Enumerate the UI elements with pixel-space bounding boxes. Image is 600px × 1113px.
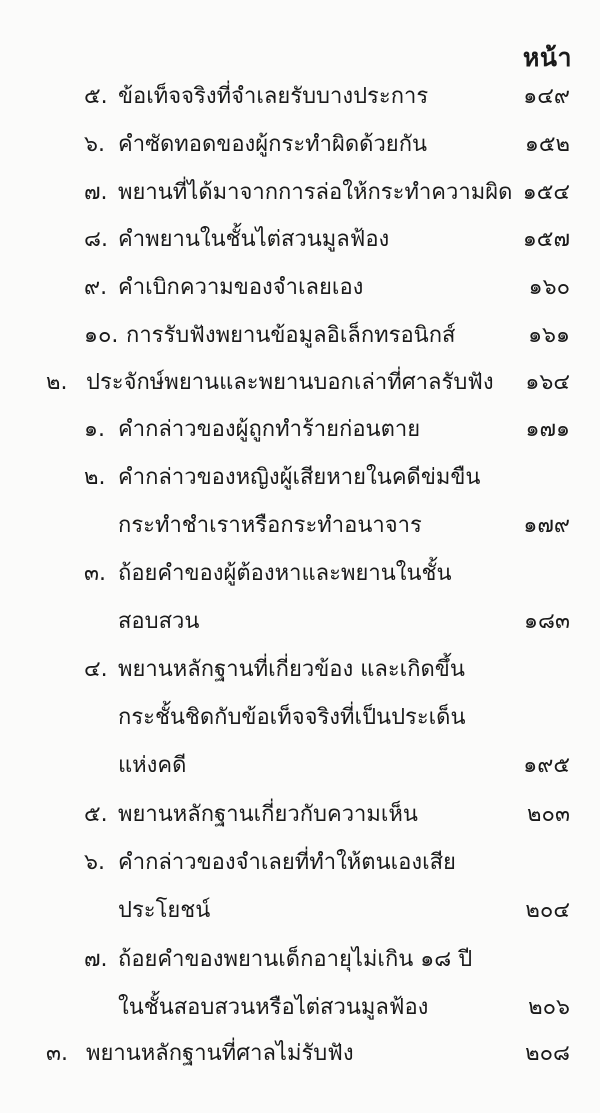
entry-page-number: ๒๐๓ xyxy=(527,795,570,835)
entry-number: ๘. xyxy=(84,220,108,260)
toc-entry[interactable]: ๑. คำกล่าวของผู้ถูกทำร้ายก่อนตาย ๑๗๑ xyxy=(0,410,600,450)
entry-page-number: ๑๖๔ xyxy=(525,363,570,403)
entry-number: ๒. xyxy=(46,363,68,403)
entry-page-number: ๑๖๑ xyxy=(528,316,570,356)
toc-entry[interactable]: ๕. ข้อเท็จจริงที่จำเลยรับบางประการ ๑๔๙ xyxy=(0,77,600,117)
entry-title: คำเบิกความของจำเลยเอง xyxy=(118,268,363,308)
toc-entry[interactable]: ๓. ถ้อยคำของผู้ต้องหาและพยานในชั้น xyxy=(0,554,600,594)
entry-page-number: ๑๗๑ xyxy=(526,410,570,450)
toc-entry[interactable]: ๖. คำกล่าวของจำเลยที่ทำให้ตนเองเสีย xyxy=(0,843,600,883)
entry-page-number: ๑๘๓ xyxy=(524,602,570,642)
entry-number: ๑๐. xyxy=(84,316,118,356)
entry-number: ๕. xyxy=(84,77,108,117)
entry-number: ๗. xyxy=(84,173,108,213)
toc-entry-continuation[interactable]: แห่งคดี ๑๙๕ xyxy=(0,746,600,786)
entry-page-number: ๑๖๐ xyxy=(529,268,570,308)
entry-title: พยานหลักฐานเกี่ยวกับความเห็น xyxy=(118,795,418,835)
entry-number: ๕. xyxy=(84,795,108,835)
toc-entry-continuation[interactable]: ประโยชน์ ๒๐๔ xyxy=(0,891,600,931)
entry-title: คำพยานในชั้นไต่สวนมูลฟ้อง xyxy=(118,220,389,260)
entry-title-continued: ในชั้นสอบสวนหรือไต่สวนมูลฟ้อง xyxy=(118,988,428,1028)
entry-number: ๔. xyxy=(84,650,108,690)
entry-title: ข้อเท็จจริงที่จำเลยรับบางประการ xyxy=(118,77,428,117)
entry-title: คำซัดทอดของผู้กระทำผิดด้วยกัน xyxy=(118,125,427,165)
entry-page-number: ๑๔๙ xyxy=(523,77,570,117)
toc-entry[interactable]: ๙. คำเบิกความของจำเลยเอง ๑๖๐ xyxy=(0,268,600,308)
entry-number: ๗. xyxy=(84,940,108,980)
entry-title: พยานหลักฐานที่ศาลไม่รับฟัง xyxy=(86,1034,354,1074)
entry-page-number: ๒๐๔ xyxy=(525,891,570,931)
entry-title: พยานที่ได้มาจากการล่อให้กระทำความผิด xyxy=(118,173,512,213)
entry-title: พยานหลักฐานที่เกี่ยวข้อง และเกิดขึ้น xyxy=(118,650,465,690)
toc-entry[interactable]: ๘. คำพยานในชั้นไต่สวนมูลฟ้อง ๑๕๗ xyxy=(0,220,600,260)
entry-page-number: ๑๕๔ xyxy=(523,173,570,213)
entry-page-number: ๑๙๕ xyxy=(523,746,570,786)
entry-title-continued: ประโยชน์ xyxy=(118,891,210,931)
entry-page-number: ๒๐๖ xyxy=(528,988,570,1028)
toc-entry[interactable]: ๒. คำกล่าวของหญิงผู้เสียหายในคดีข่มขืน xyxy=(0,458,600,498)
entry-title-continued: กระชั้นชิดกับข้อเท็จจริงที่เป็นประเด็น xyxy=(118,698,466,738)
toc-section-entry[interactable]: ๒. ประจักษ์พยานและพยานบอกเล่าที่ศาลรับฟั… xyxy=(0,363,600,403)
entry-title-continued: แห่งคดี xyxy=(118,746,186,786)
entry-number: ๙. xyxy=(84,268,107,308)
entry-page-number: ๑๕๗ xyxy=(523,220,570,260)
entry-number: ๑. xyxy=(84,410,105,450)
table-of-contents-page: หน้า ๕. ข้อเท็จจริงที่จำเลยรับบางประการ … xyxy=(0,0,600,1113)
toc-entry[interactable]: ๗. พยานที่ได้มาจากการล่อให้กระทำความผิด … xyxy=(0,173,600,213)
entry-title: ประจักษ์พยานและพยานบอกเล่าที่ศาลรับฟัง xyxy=(86,363,494,403)
entry-number: ๓. xyxy=(46,1034,68,1074)
toc-entry[interactable]: ๑๐. การรับฟังพยานข้อมูลอิเล็กทรอนิกส์ ๑๖… xyxy=(0,316,600,356)
entry-title-continued: กระทำชำเราหรือกระทำอนาจาร xyxy=(118,506,422,546)
entry-title: คำกล่าวของผู้ถูกทำร้ายก่อนตาย xyxy=(118,410,420,450)
entry-title: ถ้อยคำของผู้ต้องหาและพยานในชั้น xyxy=(118,554,452,594)
entry-title: คำกล่าวของจำเลยที่ทำให้ตนเองเสีย xyxy=(118,843,456,883)
entry-title: คำกล่าวของหญิงผู้เสียหายในคดีข่มขืน xyxy=(118,458,480,498)
entry-number: ๒. xyxy=(84,458,106,498)
toc-section-entry[interactable]: ๓. พยานหลักฐานที่ศาลไม่รับฟัง ๒๐๘ xyxy=(0,1034,600,1074)
toc-entry-continuation[interactable]: กระทำชำเราหรือกระทำอนาจาร ๑๗๙ xyxy=(0,506,600,546)
page-column-header: หน้า xyxy=(523,38,572,78)
entry-page-number: ๑๗๙ xyxy=(523,506,570,546)
toc-entry[interactable]: ๖. คำซัดทอดของผู้กระทำผิดด้วยกัน ๑๕๒ xyxy=(0,125,600,165)
entry-number: ๖. xyxy=(84,843,105,883)
toc-entry[interactable]: ๗. ถ้อยคำของพยานเด็กอายุไม่เกิน ๑๘ ปี xyxy=(0,940,600,980)
entry-number: ๖. xyxy=(84,125,105,165)
toc-entry-continuation[interactable]: สอบสวน ๑๘๓ xyxy=(0,602,600,642)
entry-number: ๓. xyxy=(84,554,106,594)
toc-entry-continuation[interactable]: กระชั้นชิดกับข้อเท็จจริงที่เป็นประเด็น xyxy=(0,698,600,738)
entry-title: ถ้อยคำของพยานเด็กอายุไม่เกิน ๑๘ ปี xyxy=(118,940,472,980)
toc-entry[interactable]: ๔. พยานหลักฐานที่เกี่ยวข้อง และเกิดขึ้น xyxy=(0,650,600,690)
toc-entry-continuation[interactable]: ในชั้นสอบสวนหรือไต่สวนมูลฟ้อง ๒๐๖ xyxy=(0,988,600,1028)
entry-title: การรับฟังพยานข้อมูลอิเล็กทรอนิกส์ xyxy=(126,316,455,356)
toc-entry[interactable]: ๕. พยานหลักฐานเกี่ยวกับความเห็น ๒๐๓ xyxy=(0,795,600,835)
entry-page-number: ๒๐๘ xyxy=(525,1034,570,1074)
entry-title-continued: สอบสวน xyxy=(118,602,199,642)
entry-page-number: ๑๕๒ xyxy=(525,125,570,165)
